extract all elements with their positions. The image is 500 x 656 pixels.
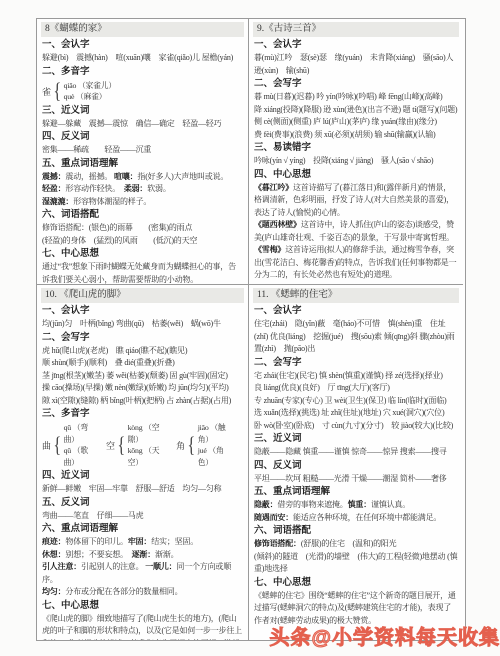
cell-lesson-9: 9.《古诗三首》 一、会认字暮(mù)江吟 瑟(sè)瑟 缘(yuán) 未肯降… [249,19,463,285]
polyphone-character: 雀 [42,85,51,98]
text-line: 引人注意：引起别人的注意。 一顺儿：同一个方向或顺序。 [42,561,243,586]
polyphone-group: 曲{qū （弯曲）qǔ （歌曲） [42,422,92,468]
section-heading: 七、中心思想 [42,248,243,261]
section-heading: 三、近义词 [254,433,458,446]
text-segment: 别想；不要妄想。 [65,550,131,559]
text-line: 费 fèi(费事)(浪费) 须 xū(必须)(胡须) 输 shū(输赢)(认输) [254,129,458,142]
keyword: 修饰语搭配： [254,539,301,548]
text-line: 隐蔽——隐藏 慎重——谨慎 惊奇——惊异 搜索——搜寻 [254,446,458,459]
text-segment: 平坦——坎坷 粗糙——光滑 干燥——潮湿 简朴——奢侈 [254,474,447,483]
text-line: 均(jūn)匀 叶柄(bǐng) 弯曲(qū) 枯萎(wěi) 蜗(wō)牛 [42,318,243,331]
reading-bottom: kōng （天空） [128,445,163,468]
polyphone-row: 曲{qū （弯曲）qǔ （歌曲）空{kòng （空隙）kōng （天空）角{ji… [42,422,243,468]
text-line: 平坦——坎坷 粗糙——光滑 干燥——潮湿 简朴——奢侈 [254,473,458,486]
text-segment: 费 fèi(费事)(浪费) 须 xū(必须)(胡须) 输 shū(输赢)(认输) [254,130,436,139]
section-heading: 五、反义词 [42,497,243,510]
section-heading: 六、词语搭配 [254,525,458,538]
keyword: 隐蔽： [254,500,277,509]
section-heading: 三、近义词 [42,105,243,118]
text-line: 休想：别想；不要妄想。 逐渐：渐渐。 [42,549,243,562]
reading-top: jiǎo （触角） [198,422,229,445]
text-segment: 修饰语搭配：(银色)的雨幕 (密集)的雨点 [42,223,192,232]
text-segment: 隙 xì(空隙)(缝隙) 柄 bǐng(叶柄)(把柄) 占 zhàn(占据)(占… [42,396,231,405]
lesson-content: 一、会认字暮(mù)江吟 瑟(sè)瑟 缘(yuán) 未肯降(xiáng) 骚… [254,39,458,282]
polyphone-character: 曲 [42,439,51,452]
text-line: 湿漉漉：形容物体潮湿的样子。 [42,196,243,209]
text-segment: 能适应各种环境，在任何环境中都能满足。 [293,513,441,522]
keyword: 《雪梅》 [254,245,285,254]
lesson-content: 一、会认字住宅(zhái) 隐(yǐn)蔽 毫(háo)不可惜 慎(shèn)重… [254,305,458,627]
text-segment: 选 xuǎn(选择)(挑选) 址 zhǐ(住址)(地址) 穴 xué(洞穴)(穴… [254,408,444,417]
text-line: 躲避—躲藏 震撼—震惊 确信—确定 轻盈—轻巧 [42,118,243,131]
text-segment: 震动，摇撼。 [65,172,114,181]
text-line: 操 cāo(操场)(早操) 嫩 nèn(嫩绿)(娇嫩) 均 jūn(均匀)(平均… [42,382,243,395]
text-segment: 谨慎认真。 [371,500,410,509]
reading-top: kòng （空隙） [128,422,163,445]
text-line: 隙 xì(空隙)(缝隙) 柄 bǐng(叶柄)(把柄) 占 zhàn(占据)(占… [42,395,243,408]
reading-bottom: qǔ （歌曲） [64,445,92,468]
text-line: 《雪梅》这首诗运用(拟人)的修辞手法，通过梅雪争春，突出(雪花洁白、梅花馨香)的… [254,244,458,282]
brace-icon: { [53,80,61,102]
section-heading: 六、词语搭配 [42,209,243,222]
text-segment: 操 cāo(操场)(早操) 嫩 nèn(嫩绿)(娇嫩) 均 jūn(均匀)(平均… [42,383,229,392]
text-line: 修饰语搭配：(银色)的雨幕 (密集)的雨点 [42,222,243,235]
section-heading: 一、会认字 [42,305,243,318]
keyword: 一顺儿： [145,562,176,571]
polyphone-group: 空{kòng （空隙）kōng （天空） [106,422,162,468]
text-segment: 卧 wò(卧室)(卧底) 寸 cùn(九寸)(分寸) 较 jiào(较大)(比较… [254,421,453,430]
text-line: 良 liáng(优良)(良好) 厅 tīng(大厅)(客厅) [254,382,458,395]
lesson-title: 9.《古诗三首》 [253,22,459,37]
polyphone-readings: kòng （空隙）kōng （天空） [128,422,163,468]
polyphone-group: 雀{qiǎo （家雀儿）què （麻雀） [42,80,116,103]
watermark: 头条@小学资料每天收集 [269,621,500,650]
keyword: 轻盈： [42,184,65,193]
text-segment: 虎 hǔ(爬山虎)(老虎) 瞧 qiáo(瞧不起)(瞧见) [42,346,187,355]
text-segment: 形容动作轻快。 [65,184,123,193]
text-line: 新鲜—鲜嫩 牢固—牢靠 舒服—舒适 均匀—匀称 [42,483,243,496]
text-line: 《题西林壁》这首诗中，诗人抓住(庐山的姿态)谈感受，赞美(庐山雄奇壮观、千姿百态… [254,219,458,244]
text-line: 宅 zhái(住宅)(民宅) 慎 shèn(慎重)(谨慎) 择 zé(选择)(择… [254,370,458,383]
text-segment: 形容物体潮湿的样子。 [73,197,151,206]
text-segment: 侧 cè(侧面)(侧重) 庐 lú(庐山)(茅庐) 缘 yuán(缘由)(缘分) [254,117,437,126]
text-line: 通过“我”想象下雨时蝴蝶无处藏身而为蝴蝶担心的事，告诉我们要关心弱小，帮助需要帮… [42,261,243,285]
text-segment: 隐蔽——隐藏 慎重——谨慎 惊奇——惊异 搜索——搜寻 [254,447,447,456]
text-segment: 顺 shùn(顺手)(顺利) 叠 dié(重叠)(折叠) [42,358,175,367]
text-line: 顺 shùn(顺手)(顺利) 叠 dié(重叠)(折叠) [42,357,243,370]
text-segment: 结实；坚固。 [151,537,198,546]
polyphone-readings: jiǎo （触角）jué （角色） [198,422,229,468]
text-segment: 借旁的事物来遮掩。 [277,500,347,509]
text-segment: 暮(mù)江吟 瑟(sè)瑟 缘(yuán) 未肯降(xiáng) 骚(sāo)… [254,53,453,75]
lesson-content: 一、会认字均(jūn)匀 叶柄(bǐng) 弯曲(qū) 枯萎(wěi) 蜗(w… [42,305,243,640]
text-segment: (舒服)的住宅 (温和)的阳光 [301,539,397,548]
keyword: 均匀： [42,587,65,596]
polyphone-group: 角{jiǎo （触角）jué （角色） [176,422,229,468]
text-segment: 通过“我”想象下雨时蝴蝶无处藏身而为蝴蝶担心的事，告诉我们要关心弱小，帮助需要帮… [42,262,236,284]
text-line: 《爬山虎的脚》细致地描写了(爬山虎生长的地方)，(爬山虎的叶子和脚的形状和特点)… [42,613,243,641]
section-heading: 一、会认字 [254,305,458,318]
text-segment: 密集——稀疏 轻盈——沉重 [42,145,151,154]
text-line: 隐蔽：借旁的事物来遮掩。慎重：谨慎认真。 [254,499,458,512]
text-segment: 引起别人的注意。 [81,562,145,571]
text-line: 弯曲——笔直 仔细——马虎 [42,510,243,523]
text-segment: (轻盈)的身体 (猛烈)的风雨 (低沉)的天空 [42,236,197,245]
text-segment: 这首诗运用(拟人)的修辞手法，通过梅雪争春，突出(雪花洁白、梅花馨香)的特点，告… [254,245,456,279]
text-line: 降 xiáng(投降)(降服) 逊 xùn(逊色)(出言不逊) 题 tí(题写)… [254,104,458,117]
text-line: 侧 cè(侧面)(侧重) 庐 lú(庐山)(茅庐) 缘 yuán(缘由)(缘分) [254,116,458,129]
section-heading: 七、中心思想 [42,600,243,613]
text-segment: 宅 zhái(住宅)(民宅) 慎 shèn(慎重)(谨慎) 择 zé(选择)(择… [254,371,443,380]
text-line: 随遇而安：能适应各种环境，在任何环境中都能满足。 [254,512,458,525]
text-segment: 躲避—躲藏 震撼—震惊 确信—确定 轻盈—轻巧 [42,119,221,128]
polyphone-row: 雀{qiǎo （家雀儿）què （麻雀） [42,80,243,103]
text-segment: 新鲜—鲜嫩 牢固—牢靠 舒服—舒适 均匀—匀称 [42,484,221,493]
section-heading: 四、近义词 [42,470,243,483]
text-line: 选 xuǎn(选择)(挑选) 址 zhǐ(住址)(地址) 穴 xué(洞穴)(穴… [254,407,458,420]
text-line: 震撼：震动，摇撼。 喧嚷：指(好多人)大声地叫或说。 [42,171,243,184]
text-segment: 躲避(bì) 震撼(hàn) 喧(xuān)嚷 家雀(qiǎo)儿 屋檐(yán… [42,53,233,62]
text-line: 暮 mù(日暮)(迟暮) 吟 yín(吟咏)(吟唱) 峰 fēng(山峰)(高峰… [254,91,458,104]
section-heading: 五、重点词语理解 [254,486,458,499]
text-line: 住宅(zhái) 隐(yǐn)蔽 毫(háo)不可惜 慎(shèn)重 住址(z… [254,318,458,356]
text-segment: 吟咏(yín √ yíng) 投降(xiáng √ jiàng) 骚人(sāo … [254,156,433,165]
keyword: 休想： [42,550,65,559]
cell-lesson-11: 11. 《蟋蟀的住宅》 一、会认字住宅(zhái) 隐(yǐn)蔽 毫(háo)… [249,285,463,640]
polyphone-character: 角 [176,439,185,452]
section-heading: 二、多音字 [42,66,243,79]
keyword: 《暮江吟》 [254,183,293,192]
text-line: (倾斜)的隧道 (光滑)的墙壁 (伟大)的工程(轻微)地摆动 (慎重)地选择 [254,551,458,576]
text-segment: 软弱。 [147,184,170,193]
keyword: 慎重： [348,500,371,509]
cell-lesson-10: 10. 《爬山虎的脚》 一、会认字均(jūn)匀 叶柄(bǐng) 弯曲(qū)… [37,285,249,640]
brace-icon: { [53,434,61,456]
lesson-title: 10. 《爬山虎的脚》 [41,288,244,303]
lesson-summary-table: 8《蝴蝶的家》 一、会认字躲避(bì) 震撼(hàn) 喧(xuān)嚷 家雀(… [36,18,466,641]
keyword: 湿漉漉： [42,197,73,206]
keyword: 震撼： [42,172,65,181]
text-segment: 分布或分配在各部分的数量相同。 [65,587,182,596]
text-segment: 暮 mù(日暮)(迟暮) 吟 yín(吟咏)(吟唱) 峰 fēng(山峰)(高峰… [254,92,442,101]
polyphone-readings: qiǎo （家雀儿）què （麻雀） [64,80,116,103]
section-heading: 四、中心思想 [254,169,458,182]
section-heading: 二、会写字 [254,78,458,91]
lesson-title: 11. 《蟋蟀的住宅》 [253,288,459,303]
keyword: 痕迹： [42,537,65,546]
text-line: 密集——稀疏 轻盈——沉重 [42,144,243,157]
section-heading: 二、会写字 [254,357,458,370]
text-segment: 指(好多人)大声地叫或说。 [137,172,228,181]
section-heading: 一、会认字 [42,39,243,52]
reading-top: qiǎo （家雀儿） [64,80,116,92]
text-segment: 《蟋蟀的住宅》围绕“蟋蟀的住宅”这个新奇的题目展开，通过描写(蟋蟀洞穴的特点)及… [254,591,456,625]
text-line: 卧 wò(卧室)(卧底) 寸 cùn(九寸)(分寸) 较 jiào(较大)(比较… [254,420,458,433]
text-line: 虎 hǔ(爬山虎)(老虎) 瞧 qiáo(瞧不起)(瞧见) [42,345,243,358]
section-heading: 二、会写字 [42,332,243,345]
section-heading: 五、重点词语理解 [42,158,243,171]
section-heading: 七、中心思想 [254,577,458,590]
lesson-title: 8《蝴蝶的家》 [41,22,244,37]
polyphone-readings: qū （弯曲）qǔ （歌曲） [64,422,92,468]
section-heading: 六、重点词语理解 [42,523,243,536]
text-segment: 住宅(zhái) 隐(yǐn)蔽 毫(háo)不可惜 慎(shèn)重 住址(z… [254,319,455,353]
section-heading: 四、反义词 [254,460,458,473]
keyword: 《题西林壁》 [254,220,301,229]
keyword: 随遇而安： [254,513,293,522]
text-segment: 渐渐。 [155,550,178,559]
keyword: 牢固： [128,537,151,546]
text-line: 暮(mù)江吟 瑟(sè)瑟 缘(yuán) 未肯降(xiáng) 骚(sāo)… [254,52,458,77]
text-line: 躲避(bì) 震撼(hàn) 喧(xuān)嚷 家雀(qiǎo)儿 屋檐(yán… [42,52,243,65]
text-line: 吟咏(yín √ yíng) 投降(xiáng √ jiàng) 骚人(sāo … [254,155,458,168]
text-segment: (倾斜)的隧道 (光滑)的墙壁 (伟大)的工程(轻微)地摆动 (慎重)地选择 [254,552,457,574]
section-heading: 三、多音字 [42,408,243,421]
polyphone-character: 空 [106,439,115,452]
text-segment: 《爬山虎的脚》细致地描写了(爬山虎生长的地方)，(爬山虎的叶子和脚的形状和特点)… [42,614,242,641]
keyword: 柔弱： [124,184,147,193]
text-segment: 均(jūn)匀 叶柄(bǐng) 弯曲(qū) 枯萎(wěi) 蜗(wō)牛 [42,319,221,328]
text-line: 修饰语搭配：(舒服)的住宅 (温和)的阳光 [254,538,458,551]
text-line: 均匀：分布或分配在各部分的数量相同。 [42,586,243,599]
text-segment: 降 xiáng(投降)(降服) 逊 xùn(逊色)(出言不逊) 题 tí(题写)… [254,105,457,114]
section-heading: 三、易读错字 [254,142,458,155]
text-line: 轻盈：形容动作轻快。 柔弱：软弱。 [42,183,243,196]
keyword: 喧嚷： [114,172,137,181]
keyword: 逐渐： [132,550,155,559]
brace-icon: { [187,434,195,456]
text-segment: 良 liáng(优良)(良好) 厅 tīng(大厅)(客厅) [254,383,390,392]
lesson-content: 一、会认字躲避(bì) 震撼(hàn) 喧(xuān)嚷 家雀(qiǎo)儿 屋… [42,39,243,285]
reading-bottom: jué （角色） [198,445,229,468]
section-heading: 四、反义词 [42,131,243,144]
text-segment: 弯曲——笔直 仔细——马虎 [42,511,143,520]
keyword: 引人注意： [42,562,81,571]
reading-bottom: què （麻雀） [64,91,116,103]
cell-lesson-8: 8《蝴蝶的家》 一、会认字躲避(bì) 震撼(hàn) 喧(xuān)嚷 家雀(… [37,19,249,285]
text-segment: 物体留下的印儿。 [65,537,127,546]
brace-icon: { [117,434,125,456]
text-line: 《暮江吟》这首诗描写了(暮江落日)和(露伴新月)的情景，格调清新，色彩明丽，抒发… [254,182,458,220]
text-line: (轻盈)的身体 (猛烈)的风雨 (低沉)的天空 [42,235,243,248]
text-line: 痕迹：物体留下的印儿。牢固：结实；坚固。 [42,536,243,549]
reading-top: qū （弯曲） [64,422,92,445]
text-segment: 茎 jīng(根茎)(嫩茎) 萎 wěi(枯萎)(颓萎) 固 gù(牢固)(固定… [42,371,228,380]
section-heading: 一、会认字 [254,39,458,52]
worksheet-page: 8《蝴蝶的家》 一、会认字躲避(bì) 震撼(hàn) 喧(xuān)嚷 家雀(… [0,0,500,656]
text-line: 茎 jīng(根茎)(嫩茎) 萎 wěi(枯萎)(颓萎) 固 gù(牢固)(固定… [42,370,243,383]
text-segment: 专 zhuān(专家)(专心) 卫 wèi(卫生)(保卫) 临 lín(临时)(… [254,396,446,405]
text-line: 专 zhuān(专家)(专心) 卫 wèi(卫生)(保卫) 临 lín(临时)(… [254,395,458,408]
